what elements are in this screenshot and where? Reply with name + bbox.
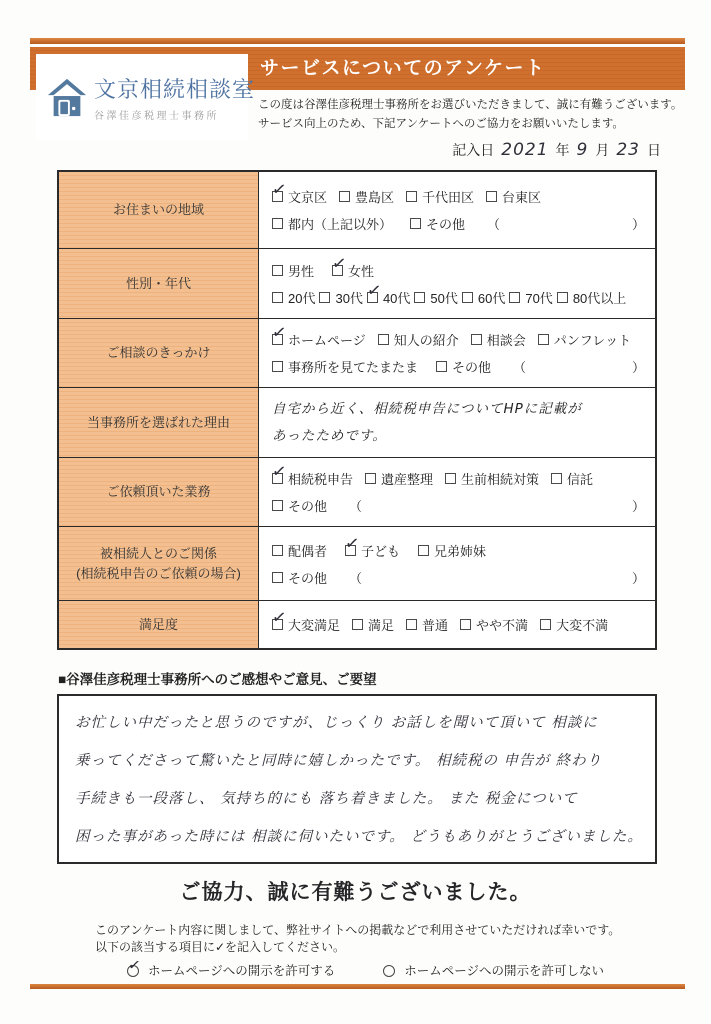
checkbox-label: その他 (426, 214, 465, 233)
paren-open: （ (349, 496, 362, 515)
checkbox-option[interactable]: ✓文京区 (272, 187, 327, 206)
feedback-line: 困った事があった時には 相談に伺いたいです。 どうもありがとうございました。 (75, 818, 639, 856)
intro-line-1: この度は谷澤佳彦税理士事務所をお選びいただきまして、誠に有難うございます。 (258, 96, 688, 115)
checkbox-option[interactable]: 配偶者 (272, 541, 327, 560)
checked-checkbox-icon: ✓ (367, 292, 378, 303)
house-icon (46, 76, 88, 118)
checkbox-icon (462, 292, 473, 303)
checkbox-icon (410, 218, 421, 229)
checkbox-label: パンフレット (554, 330, 631, 349)
row-label: 満足度 (59, 601, 259, 648)
checkbox-option[interactable]: 知人の紹介 (378, 330, 459, 349)
checkbox-option[interactable]: 都内（上記以外） (272, 214, 392, 233)
date-day-unit: 日 (647, 140, 661, 160)
row-label: お住まいの地域 (59, 172, 259, 248)
intro-text: この度は谷澤佳彦税理士事務所をお選びいただきまして、誠に有難うございます。 サー… (258, 96, 688, 134)
checkbox-label: 男性 (288, 261, 314, 280)
footer-note-line-2: 以下の該当する項目に✓を記入してください。 (95, 939, 655, 956)
checkbox-icon (436, 361, 447, 372)
option-label: ホームページへの開示を許可しない (404, 962, 604, 980)
checkbox-icon (557, 292, 568, 303)
checkbox-label: 60代 (478, 288, 505, 307)
table-row: 性別・年代男性✓女性20代30代✓40代50代60代70代80代以上 (59, 248, 655, 318)
checkbox-icon (272, 292, 283, 303)
row-value: 男性✓女性20代30代✓40代50代60代70代80代以上 (259, 249, 655, 318)
disclosure-options: ✓ホームページへの開示を許可するホームページへの開示を許可しない (127, 962, 655, 980)
intro-line-2: サービス向上のため、下記アンケートへのご協力をお願いいたします。 (258, 115, 688, 134)
disclosure-deny-option[interactable]: ホームページへの開示を許可しない (383, 962, 604, 980)
checkbox-icon (460, 619, 471, 630)
row-label: ご依頼頂いた業務 (59, 458, 259, 526)
checkbox-option[interactable]: ✓ホームページ (272, 330, 366, 349)
checkbox-option[interactable]: 20代 (272, 288, 315, 307)
table-row: 被相続人とのご関係(相続税申告のご依頼の場合)配偶者✓子ども兄弟姉妹その他（） (59, 526, 655, 600)
checkbox-icon (365, 473, 376, 484)
brand-name: 文京相続相談室 (94, 73, 255, 104)
disclosure-allow-option[interactable]: ✓ホームページへの開示を許可する (127, 962, 335, 980)
checkbox-icon (272, 265, 283, 276)
checkbox-option[interactable]: 80代以上 (557, 288, 626, 307)
checkbox-icon (272, 572, 283, 583)
date-month-unit: 月 (595, 140, 609, 160)
table-row: 当事務所を選ばれた理由自宅から近く、相続税申告についてHPに記載があったためです… (59, 387, 655, 457)
paren-close: ） (632, 568, 645, 587)
checkbox-option[interactable]: 大変不満 (540, 615, 608, 634)
checkbox-option[interactable]: 豊島区 (339, 187, 394, 206)
paren-close: ） (632, 214, 645, 233)
paren-close: ） (632, 357, 645, 376)
footer-note-line-1: このアンケート内容に関しまして、弊社サイトへの掲載などで利用させていただければ幸… (95, 922, 655, 939)
checkbox-icon (272, 545, 283, 556)
checkbox-icon (418, 545, 429, 556)
row-value: 配偶者✓子ども兄弟姉妹その他（） (259, 527, 655, 600)
checkbox-label: 生前相続対策 (461, 469, 539, 488)
table-row: ご相談のきっかけ✓ホームページ知人の紹介相談会パンフレット事務所を見てたまたまそ… (59, 318, 655, 387)
table-row: ご依頼頂いた業務✓相続税申告遺産整理生前相続対策信託その他（） (59, 457, 655, 526)
row-label: 当事務所を選ばれた理由 (59, 388, 259, 457)
checkbox-option[interactable]: 60代 (462, 288, 505, 307)
feedback-line: お忙しい中だったと思うのですが、じっくり お話しを聞いて頂いて 相談に (75, 704, 639, 742)
checkbox-label: 都内（上記以外） (288, 214, 392, 233)
checkbox-icon (486, 191, 497, 202)
checkbox-option[interactable]: その他 (436, 357, 491, 376)
checkbox-option[interactable]: その他 (272, 496, 327, 515)
footer-note: このアンケート内容に関しまして、弊社サイトへの掲載などで利用させていただければ幸… (95, 922, 655, 980)
checkbox-label: 信託 (567, 469, 593, 488)
row-label: 被相続人とのご関係(相続税申告のご依頼の場合) (59, 527, 259, 600)
checkbox-label: 事務所を見てたまたま (288, 357, 418, 376)
checkbox-label: やや不満 (476, 615, 528, 634)
top-accent-bar (30, 38, 685, 44)
checkbox-option[interactable]: 満足 (352, 615, 394, 634)
checkbox-option[interactable]: 相談会 (471, 330, 526, 349)
checkbox-label: その他 (288, 496, 327, 515)
checkbox-label: 20代 (288, 288, 315, 307)
checked-circle-icon: ✓ (127, 965, 139, 977)
checkbox-icon (471, 334, 482, 345)
checkbox-label: 知人の紹介 (394, 330, 459, 349)
checkbox-icon (445, 473, 456, 484)
checkbox-icon (509, 292, 520, 303)
checkbox-icon (272, 361, 283, 372)
checkbox-label: 女性 (348, 261, 374, 280)
checkbox-option[interactable]: 普通 (406, 615, 448, 634)
date-year-unit: 年 (556, 140, 570, 160)
checkbox-option[interactable]: 30代 (319, 288, 362, 307)
date-line: 記入日 2021 年 9 月 23 日 (452, 140, 661, 160)
feedback-line: 乗ってくださって驚いたと同時に嬉しかったです。 相続税の 申告が 終わり (75, 742, 639, 780)
date-day-value: 23 (616, 140, 640, 160)
option-label: ホームページへの開示を許可する (148, 962, 335, 980)
checkbox-option[interactable]: 70代 (509, 288, 552, 307)
survey-sheet: サービスについてのアンケート 文京相続相談室 谷澤佳彦税理士事務所 この度は谷澤… (0, 0, 711, 1024)
checkbox-option[interactable]: ✓相続税申告 (272, 469, 353, 488)
checkbox-label: 千代田区 (422, 187, 474, 206)
checkbox-label: 40代 (383, 288, 410, 307)
checkbox-icon (406, 619, 417, 630)
row-value: ✓相続税申告遺産整理生前相続対策信託その他（） (259, 458, 655, 526)
checkbox-option[interactable]: 台東区 (486, 187, 541, 206)
checkbox-icon (272, 500, 283, 511)
date-year-value: 2021 (501, 140, 548, 160)
date-label: 記入日 (452, 140, 494, 160)
checkbox-label: 配偶者 (288, 541, 327, 560)
checkbox-option[interactable]: 事務所を見てたまたま (272, 357, 418, 376)
checkbox-label: 兄弟姉妹 (434, 541, 486, 560)
checkbox-icon (352, 619, 363, 630)
checkbox-label: その他 (288, 568, 327, 587)
brand-subtitle: 谷澤佳彦税理士事務所 (94, 107, 255, 122)
checkbox-label: 満足 (368, 615, 394, 634)
checkbox-icon (538, 334, 549, 345)
checkbox-label: ホームページ (288, 330, 366, 349)
feedback-heading: ■谷澤佳彦税理士事務所へのご感想やご意見、ご要望 (58, 668, 377, 688)
checked-checkbox-icon: ✓ (345, 545, 356, 556)
checkbox-option[interactable]: パンフレット (538, 330, 631, 349)
checkbox-icon (378, 334, 389, 345)
checkbox-label: 相談会 (487, 330, 526, 349)
checkbox-option[interactable]: ✓女性 (332, 261, 374, 280)
table-row: 満足度✓大変満足満足普通やや不満大変不満 (59, 600, 655, 648)
circle-icon (383, 965, 395, 977)
checkbox-icon (551, 473, 562, 484)
checkbox-label: 相続税申告 (288, 469, 353, 488)
paren-open: （ (513, 357, 526, 376)
checked-checkbox-icon: ✓ (272, 191, 283, 202)
paren-open: （ (349, 568, 362, 587)
checkbox-option[interactable]: 50代 (414, 288, 457, 307)
survey-table: お住まいの地域✓文京区豊島区千代田区台東区都内（上記以外）その他（）性別・年代男… (57, 170, 657, 650)
row-value: ✓ホームページ知人の紹介相談会パンフレット事務所を見てたまたまその他（） (259, 319, 655, 387)
paren-open: （ (487, 214, 500, 233)
checkbox-option[interactable]: 千代田区 (406, 187, 474, 206)
row-value: ✓文京区豊島区千代田区台東区都内（上記以外）その他（） (259, 172, 655, 248)
checkbox-label: 台東区 (502, 187, 541, 206)
bottom-accent-bar (30, 984, 685, 989)
row-label: 性別・年代 (59, 249, 259, 318)
checkbox-icon (319, 292, 330, 303)
checkbox-label: 子ども (361, 541, 400, 560)
checkbox-label: 大変不満 (556, 615, 608, 634)
checkbox-icon (414, 292, 425, 303)
checked-checkbox-icon: ✓ (272, 619, 283, 630)
row-value: ✓大変満足満足普通やや不満大変不満 (259, 601, 655, 648)
checkbox-label: 大変満足 (288, 615, 340, 634)
checkbox-option[interactable]: 男性 (272, 261, 314, 280)
row-label: ご相談のきっかけ (59, 319, 259, 387)
checkbox-label: 文京区 (288, 187, 327, 206)
checkbox-label: 30代 (335, 288, 362, 307)
paren-close: ） (632, 496, 645, 515)
checkbox-option[interactable]: ✓40代 (367, 288, 410, 307)
checkbox-label: 70代 (525, 288, 552, 307)
checkbox-option[interactable]: 生前相続対策 (445, 469, 539, 488)
date-month-value: 9 (577, 140, 589, 160)
checked-checkbox-icon: ✓ (272, 334, 283, 345)
checkbox-option[interactable]: 兄弟姉妹 (418, 541, 486, 560)
checked-checkbox-icon: ✓ (272, 473, 283, 484)
checkbox-label: 豊島区 (355, 187, 394, 206)
checkbox-icon (540, 619, 551, 630)
table-row: お住まいの地域✓文京区豊島区千代田区台東区都内（上記以外）その他（） (59, 172, 655, 248)
checkbox-label: 遺産整理 (381, 469, 433, 488)
checkbox-label: その他 (452, 357, 491, 376)
checkbox-option[interactable]: 信託 (551, 469, 593, 488)
checkbox-option[interactable]: ✓大変満足 (272, 615, 340, 634)
checkbox-icon (339, 191, 350, 202)
checkbox-icon (406, 191, 417, 202)
checkbox-label: 普通 (422, 615, 448, 634)
feedback-line: 手続きも一段落し、 気持ち的にも 落ち着きました。 また 税金について (75, 780, 639, 818)
checkbox-option[interactable]: やや不満 (460, 615, 528, 634)
closing-message: ご協力、誠に有難うございました。 (0, 876, 711, 906)
logo-box: 文京相続相談室 谷澤佳彦税理士事務所 (36, 54, 248, 140)
checked-checkbox-icon: ✓ (332, 265, 343, 276)
checkbox-option[interactable]: 遺産整理 (365, 469, 433, 488)
checkbox-option[interactable]: ✓子ども (345, 541, 400, 560)
checkbox-option[interactable]: その他 (272, 568, 327, 587)
checkbox-option[interactable]: その他 (410, 214, 465, 233)
feedback-box: お忙しい中だったと思うのですが、じっくり お話しを聞いて頂いて 相談に乗ってくだ… (57, 694, 657, 864)
checkbox-label: 80代以上 (573, 288, 626, 307)
checkbox-label: 50代 (430, 288, 457, 307)
handwritten-reason: 自宅から近く、相続税申告についてHPに記載があったためです。 (259, 388, 655, 457)
checkbox-icon (272, 218, 283, 229)
